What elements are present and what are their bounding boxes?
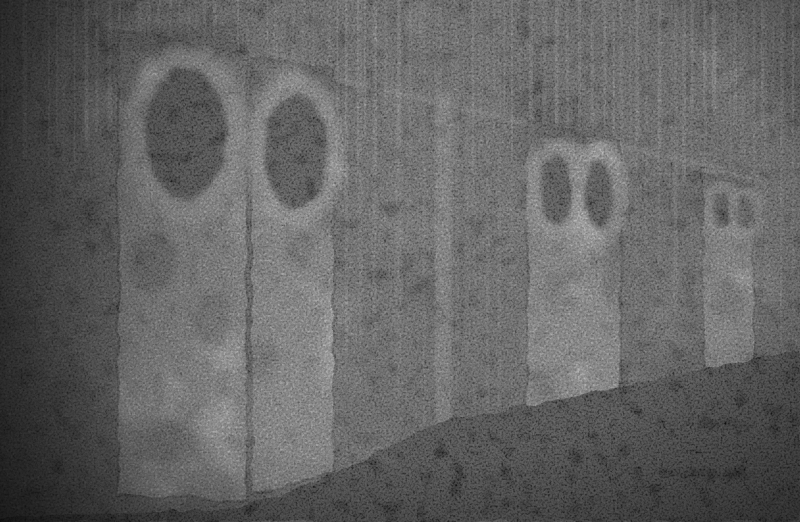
scene-image xyxy=(0,0,800,522)
photo-stage: Grainy high-contrast black and white pho… xyxy=(0,0,800,522)
vignette xyxy=(0,0,800,522)
